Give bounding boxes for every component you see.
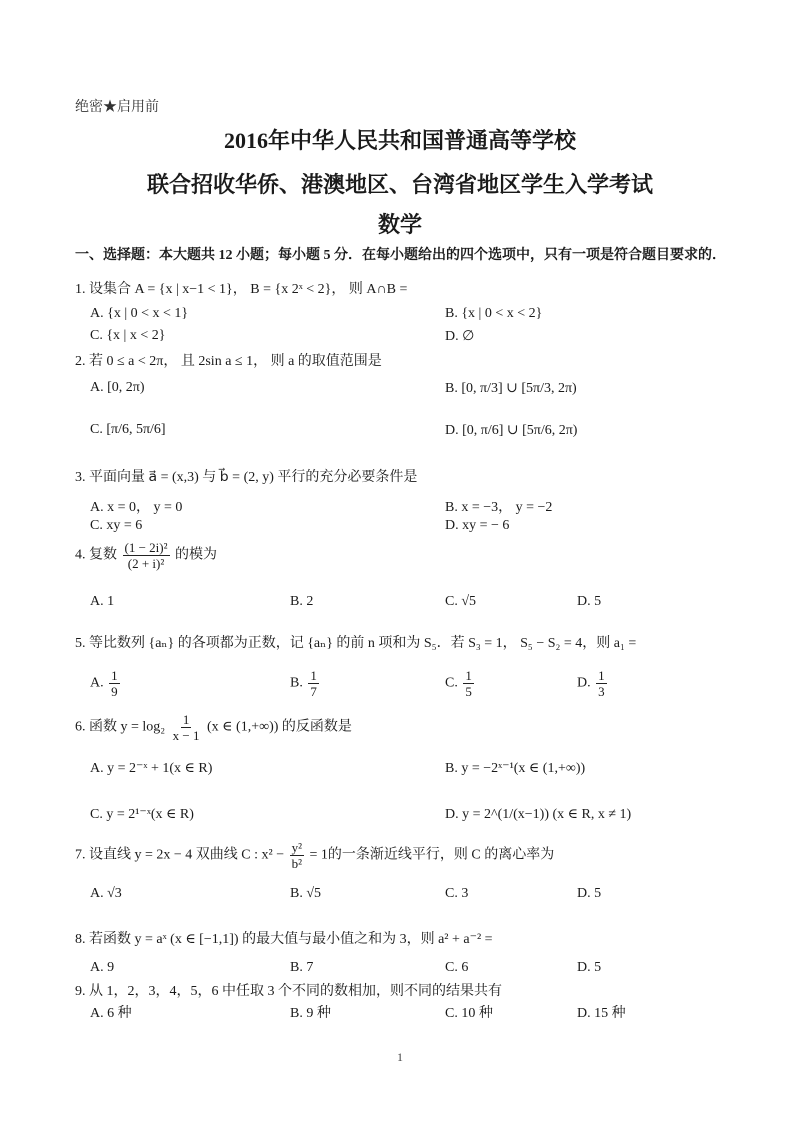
q4-option-b: B. 2 [290, 594, 313, 610]
exam-title-line1: 2016年中华人民共和国普通高等学校 [0, 124, 800, 155]
denominator: 9 [109, 684, 120, 699]
question-7: 7. 设直线 y = 2x − 4 双曲线 C : x² − y² b² = 1… [75, 840, 554, 871]
q9-option-b: B. 9 种 [290, 1002, 331, 1022]
q1-option-a: A. {x | 0 < x < 1} [90, 306, 188, 322]
q5-option-d: D. 13 [577, 668, 609, 699]
q7-option-d: D. 5 [577, 886, 601, 902]
q5-option-b: B. 17 [290, 668, 321, 699]
confidential-mark: 绝密★启用前 [75, 96, 159, 116]
q7-option-a: A. √3 [90, 886, 122, 902]
page-number: 1 [0, 1050, 800, 1065]
question-stem-suffix: 的模为 [175, 548, 217, 563]
q2-option-b: B. [0, π/3] ∪ [5π/3, 2π) [445, 380, 577, 397]
question-8: 8. 若函数 y = aˣ (x ∈ [−1,1]) 的最大值与最小值之和为 3… [75, 928, 493, 948]
question-number: 8. [75, 932, 86, 947]
q7-option-b: B. √5 [290, 886, 321, 902]
q8-option-d: D. 5 [577, 960, 601, 976]
question-number: 6. [75, 720, 86, 735]
q8-option-a: A. 9 [90, 960, 114, 976]
question-stem: 若函数 y = aˣ (x ∈ [−1,1]) 的最大值与最小值之和为 3，则 … [89, 932, 493, 947]
q5-option-c: C. 15 [445, 668, 476, 699]
question-stem-prefix: 复数 [89, 548, 117, 563]
q4-option-c: C. √5 [445, 594, 476, 610]
q4-option-d: D. 5 [577, 594, 601, 610]
numerator: 1 [308, 668, 319, 684]
question-1: 1. 设集合 A = {x | x−1 < 1}， B = {x 2ˣ < 2}… [75, 278, 407, 298]
q9-option-d: D. 15 种 [577, 1002, 626, 1022]
question-6: 6. 函数 y = log₂ 1 x − 1 (x ∈ (1,+∞)) 的反函数… [75, 712, 352, 743]
q1-option-b: B. {x | 0 < x < 2} [445, 306, 542, 322]
q6-option-a: A. y = 2⁻ˣ + 1(x ∈ R) [90, 760, 212, 777]
q9-option-c: C. 10 种 [445, 1002, 493, 1022]
question-stem-prefix: 函数 y = log₂ [89, 720, 165, 735]
question-5: 5. 等比数列 {aₙ} 的各项都为正数，记 {aₙ} 的前 n 项和为 S₅．… [75, 632, 636, 652]
numerator: 1 [181, 712, 192, 728]
q9-option-a: A. 6 种 [90, 1002, 132, 1022]
fraction: 19 [109, 668, 120, 699]
fraction: y² b² [290, 840, 304, 871]
question-3: 3. 平面向量 a⃗ = (x,3) 与 b⃗ = (2, y) 平行的充分必要… [75, 466, 417, 486]
question-4: 4. 复数 (1 − 2i)² (2 + i)² 的模为 [75, 540, 217, 571]
question-stem: 设集合 A = {x | x−1 < 1}， B = {x 2ˣ < 2}， 则… [89, 282, 407, 297]
q1-option-c: C. {x | x < 2} [90, 328, 165, 344]
fraction: 17 [308, 668, 319, 699]
question-number: 2. [75, 354, 86, 369]
question-number: 7. [75, 848, 86, 863]
question-number: 4. [75, 548, 86, 563]
q3-option-a: A. x = 0， y = 0 [90, 496, 182, 516]
q1-option-d: D. ∅ [445, 328, 474, 345]
question-stem-suffix: (x ∈ (1,+∞)) 的反函数是 [207, 720, 352, 735]
question-9: 9. 从 1，2，3，4，5，6 中任取 3 个不同的数相加，则不同的结果共有 [75, 980, 502, 1000]
denominator: 7 [308, 684, 319, 699]
q7-option-c: C. 3 [445, 886, 468, 902]
fraction: 1 x − 1 [171, 712, 202, 743]
q5-option-a: A. 19 [90, 668, 122, 699]
numerator: (1 − 2i)² [123, 540, 170, 556]
question-stem-prefix: 设直线 y = 2x − 4 双曲线 C : x² − [89, 848, 284, 863]
numerator: 1 [109, 668, 120, 684]
q2-option-c: C. [π/6, 5π/6] [90, 422, 166, 438]
q6-option-c: C. y = 2¹⁻ˣ(x ∈ R) [90, 806, 194, 823]
q8-option-b: B. 7 [290, 960, 313, 976]
q3-option-b: B. x = −3， y = −2 [445, 496, 552, 516]
option-label: B. [290, 676, 303, 691]
question-number: 5. [75, 636, 86, 651]
fraction: 15 [463, 668, 474, 699]
q3-option-c: C. xy = 6 [90, 518, 142, 534]
question-stem: 从 1，2，3，4，5，6 中任取 3 个不同的数相加，则不同的结果共有 [89, 984, 502, 999]
q3-option-d: D. xy = − 6 [445, 518, 509, 534]
denominator: x − 1 [171, 728, 202, 743]
denominator: b² [290, 856, 304, 871]
question-number: 9. [75, 984, 86, 999]
question-stem-suffix: = 1的一条渐近线平行，则 C 的离心率为 [310, 848, 555, 863]
exam-title-line2: 联合招收华侨、港澳地区、台湾省地区学生入学考试 [0, 168, 800, 199]
section-heading: 一、选择题：本大题共 12 小题；每小题 5 分．在每小题给出的四个选项中，只有… [75, 244, 726, 264]
question-stem: 若 0 ≤ a < 2π， 且 2sin a ≤ 1， 则 a 的取值范围是 [89, 354, 382, 369]
q6-option-d: D. y = 2^(1/(x−1)) (x ∈ R, x ≠ 1) [445, 806, 631, 823]
denominator: 5 [463, 684, 474, 699]
q2-option-a: A. [0, 2π) [90, 380, 145, 396]
question-stem: 等比数列 {aₙ} 的各项都为正数，记 {aₙ} 的前 n 项和为 S₅．若 S… [89, 636, 636, 651]
question-stem: 平面向量 a⃗ = (x,3) 与 b⃗ = (2, y) 平行的充分必要条件是 [89, 470, 417, 485]
q2-option-d: D. [0, π/6] ∪ [5π/6, 2π) [445, 422, 577, 439]
q4-option-a: A. 1 [90, 594, 114, 610]
q8-option-c: C. 6 [445, 960, 468, 976]
question-number: 3. [75, 470, 86, 485]
denominator: (2 + i)² [126, 556, 167, 571]
q6-option-b: B. y = −2ˣ⁻¹(x ∈ (1,+∞)) [445, 760, 585, 777]
option-label: C. [445, 676, 458, 691]
numerator: 1 [596, 668, 607, 684]
fraction: (1 − 2i)² (2 + i)² [123, 540, 170, 571]
exam-subject: 数学 [0, 208, 800, 239]
option-label: D. [577, 676, 591, 691]
numerator: 1 [463, 668, 474, 684]
question-number: 1. [75, 282, 86, 297]
numerator: y² [290, 840, 304, 856]
option-label: A. [90, 676, 104, 691]
denominator: 3 [596, 684, 607, 699]
fraction: 13 [596, 668, 607, 699]
question-2: 2. 若 0 ≤ a < 2π， 且 2sin a ≤ 1， 则 a 的取值范围… [75, 350, 382, 370]
